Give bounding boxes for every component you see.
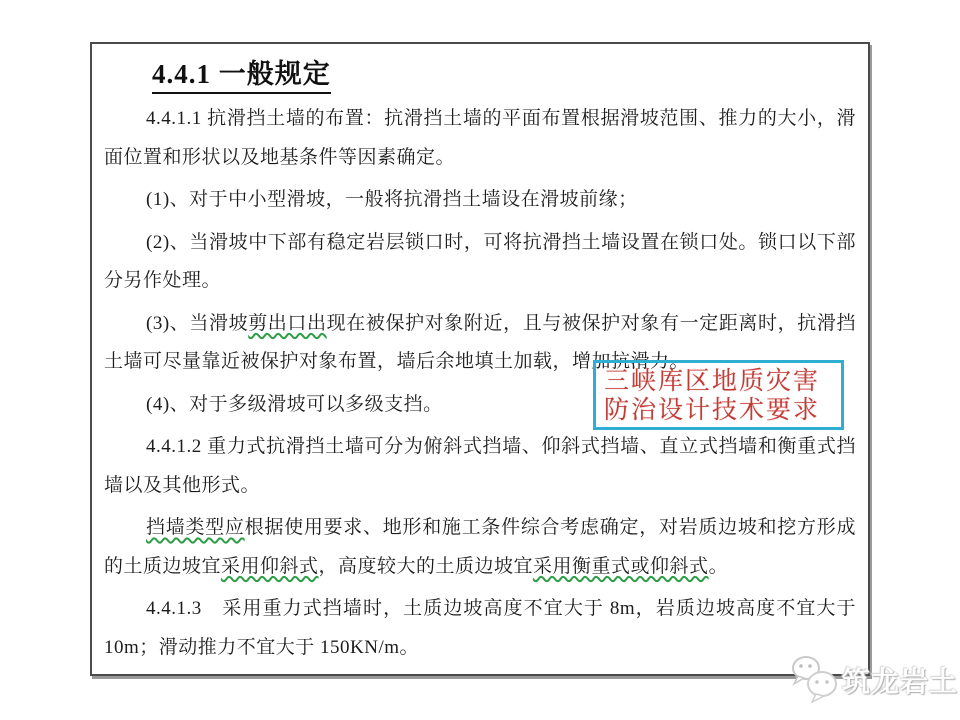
wavy-underlined-text: 剪出口出: [248, 313, 326, 334]
watermark-logo: 筑龙岩土: [786, 652, 960, 712]
watermark-text: 筑龙岩土: [842, 660, 958, 700]
paragraph-text: (1)、对于中小型滑坡，一般将抗滑挡土墙设在滑坡前缘；: [146, 189, 638, 210]
paragraph-text: 。: [709, 556, 729, 577]
page-title: 4.4.1 一般规定: [152, 52, 331, 94]
paragraph-text: (3)、当滑坡: [146, 313, 248, 334]
paragraph-text: (4)、对于多级滑坡可以多级支挡。: [146, 394, 443, 415]
paragraph-text: 4.4.1.1 抗滑挡土墙的布置：抗滑挡土墙的平面布置根据滑坡范围、推力的大小，…: [104, 108, 856, 168]
document-page: 4.4.1 一般规定 4.4.1.1 抗滑挡土墙的布置：抗滑挡土墙的平面布置根据…: [90, 42, 870, 676]
wavy-underlined-text: 采用仰斜式: [221, 556, 319, 577]
paragraph: 4.4.1.3 采用重力式挡墙时，土质边坡高度不宜大于 8m，岩质边坡高度不宜大…: [104, 590, 856, 667]
paragraph: (1)、对于中小型滑坡，一般将抗滑挡土墙设在滑坡前缘；: [104, 181, 856, 220]
stamp-line-1: 三峡库区地质灾害: [604, 367, 841, 396]
paragraph-text: (2)、当滑坡中下部有稳定岩层锁口时，可将抗滑挡土墙设置在锁口处。锁口以下部分另…: [104, 232, 856, 292]
paragraph-text: ，高度较大的土质边坡宜: [319, 556, 534, 577]
stamp-box: 三峡库区地质灾害 防治设计技术要求: [593, 360, 844, 430]
wavy-underlined-text: 挡墙类型应: [146, 517, 245, 538]
wechat-icon: [786, 654, 840, 711]
paragraph: 4.4.1.1 抗滑挡土墙的布置：抗滑挡土墙的平面布置根据滑坡范围、推力的大小，…: [104, 100, 856, 177]
stamp-line-2: 防治设计技术要求: [604, 396, 841, 425]
paragraph: 4.4.1.2 重力式抗滑挡土墙可分为俯斜式挡墙、仰斜式挡墙、直立式挡墙和衡重式…: [104, 428, 856, 505]
paragraph: 挡墙类型应根据使用要求、地形和施工条件综合考虑确定，对岩质边坡和挖方形成的土质边…: [104, 509, 856, 586]
paragraph: (2)、当滑坡中下部有稳定岩层锁口时，可将抗滑挡土墙设置在锁口处。锁口以下部分另…: [104, 224, 856, 301]
wavy-underlined-text: 采用衡重式或仰斜式: [533, 556, 709, 577]
paragraph-text: 4.4.1.3 采用重力式挡墙时，土质边坡高度不宜大于 8m，岩质边坡高度不宜大…: [104, 598, 856, 658]
paragraph-text: 4.4.1.2 重力式抗滑挡土墙可分为俯斜式挡墙、仰斜式挡墙、直立式挡墙和衡重式…: [104, 436, 856, 496]
